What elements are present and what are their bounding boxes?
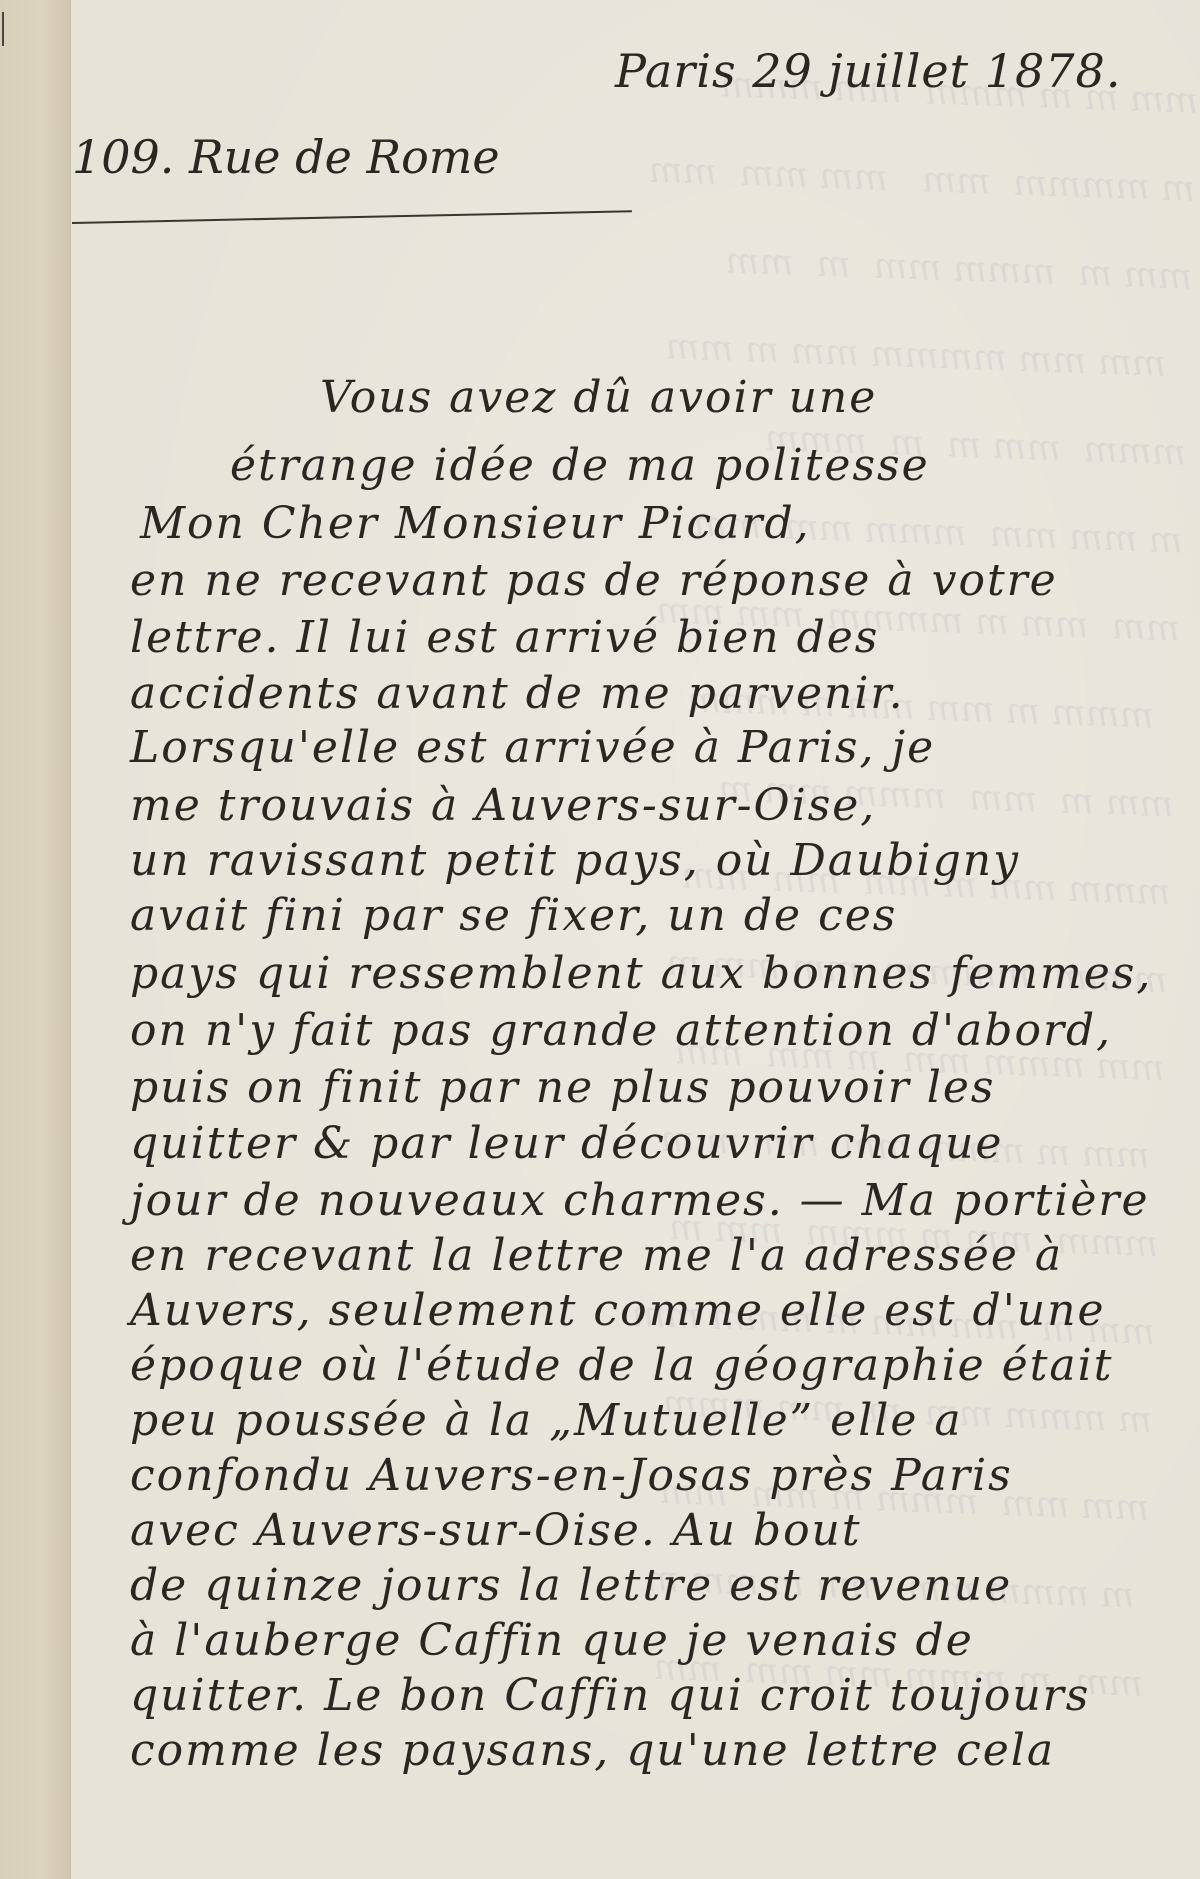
letter-line: accidents avant de me parvenir.	[130, 668, 905, 719]
salutation: Mon Cher Monsieur Picard,	[140, 498, 811, 549]
letter-line: un ravissant petit pays, où Daubigny	[130, 835, 1020, 886]
letter-line: avec Auvers-sur-Oise. Au bout	[130, 1505, 862, 1556]
letter-line: lettre. Il lui est arrivé bien des	[130, 612, 879, 663]
letter-line: pays qui ressemblent aux bonnes femmes,	[130, 948, 1152, 999]
letter-line: confondu Auvers-en-Josas près Paris	[130, 1450, 1013, 1501]
return-address: 109. Rue de Rome	[72, 130, 500, 184]
letter-line: en ne recevant pas de réponse à votre	[130, 555, 1058, 606]
letter-line: en recevant la lettre me l'a adressée à	[130, 1230, 1063, 1281]
binding-strip	[0, 0, 71, 1879]
letter-line: à l'auberge Caffin que je venais de	[130, 1615, 974, 1666]
letter-line: Lorsqu'elle est arrivée à Paris, je	[130, 722, 935, 773]
letter-line: comme les paysans, qu'une lettre cela	[130, 1725, 1055, 1776]
letter-line: Vous avez dû avoir une	[320, 372, 877, 423]
letter-line: peu poussée à la „Mutuelle” elle a	[130, 1395, 963, 1446]
letter-line: me trouvais à Auvers-sur-Oise,	[130, 780, 876, 831]
letter-line: quitter. Le bon Caffin qui croit toujour…	[130, 1670, 1090, 1721]
letter-line: puis on finit par ne plus pouvoir les	[130, 1062, 995, 1113]
letter-line: on n'y fait pas grande attention d'abord…	[130, 1005, 1112, 1056]
binding-mark	[2, 12, 4, 46]
letter-line: quitter & par leur découvrir chaque	[130, 1118, 1003, 1169]
letter-line: avait fini par se fixer, un de ces	[130, 890, 897, 941]
letter-line: étrange idée de ma politesse	[230, 440, 930, 491]
letter-line: jour de nouveaux charmes. — Ma portière	[130, 1175, 1150, 1226]
letter-line: de quinze jours la lettre est revenue	[130, 1560, 1012, 1611]
letter-line: Auvers, seulement comme elle est d'une	[130, 1285, 1106, 1336]
letter-line: époque où l'étude de la géographie était	[130, 1340, 1113, 1391]
scanned-page: mm m m mmm mm mmm m mmmm mm mm mm mm mm …	[0, 0, 1200, 1879]
dateline: Paris 29 juillet 1878.	[615, 44, 1121, 98]
